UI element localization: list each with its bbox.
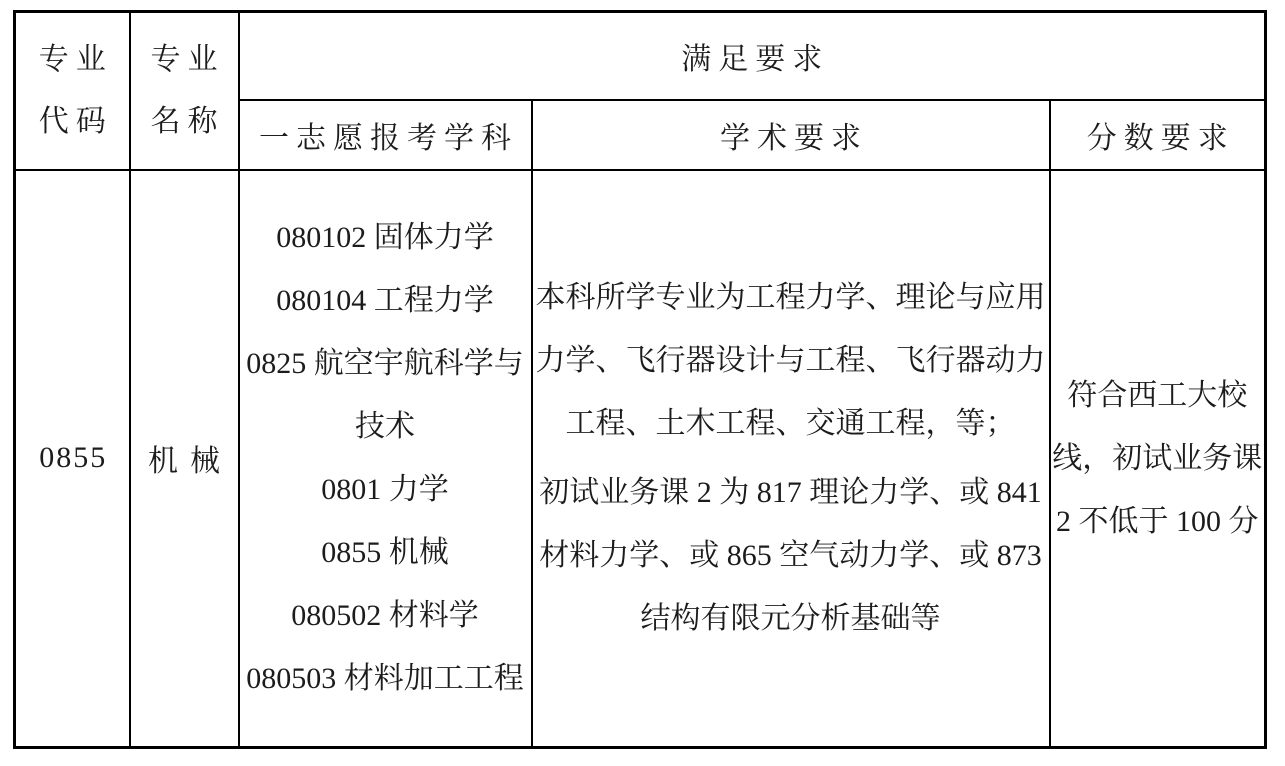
- col-header-first-choice-discipline: 一志愿报考学科: [239, 100, 532, 170]
- cell-first-choice-disciplines: 080102 固体力学 080104 工程力学 0825 航空宇航科学与技术 0…: [239, 170, 532, 748]
- col-header-first-choice-label: 一志愿报考学科: [259, 122, 518, 155]
- discipline-item: 080102 固体力学: [240, 206, 531, 269]
- cell-academic-requirement: 本科所学专业为工程力学、理论与应用力学、飞行器设计与工程、飞行器动力工程、土木工…: [532, 170, 1050, 748]
- col-header-score-requirement: 分数要求: [1050, 100, 1266, 170]
- discipline-item: 0825 航空宇航科学与技术: [240, 332, 531, 458]
- col-header-major-code-line1: 专业: [16, 29, 129, 91]
- score-requirement-text: 符合西工大校线，初试业务课 2 不低于 100 分: [1052, 379, 1262, 538]
- col-header-major-name-line2: 名称: [131, 91, 238, 153]
- col-header-score-label: 分数要求: [1087, 122, 1235, 155]
- cell-score-requirement: 符合西工大校线，初试业务课 2 不低于 100 分: [1050, 170, 1266, 748]
- academic-requirement-paragraph: 本科所学专业为工程力学、理论与应用力学、飞行器设计与工程、飞行器动力工程、土木工…: [533, 266, 1049, 455]
- discipline-item: 0855 机械: [240, 521, 531, 584]
- col-header-academic-label: 学术要求: [720, 122, 868, 155]
- col-header-major-name: 专业 名称: [130, 12, 239, 170]
- cell-major-name: 机械: [130, 170, 239, 748]
- document-page: 专业 代码 专业 名称 满足要求 一志愿报考学科 学术要求: [0, 0, 1285, 766]
- academic-requirement-paragraph: 初试业务课 2 为 817 理论力学、或 841 材料力学、或 865 空气动力…: [533, 461, 1049, 650]
- col-header-requirements: 满足要求: [239, 12, 1266, 100]
- cell-major-code: 0855: [15, 170, 130, 748]
- col-header-major-code-line2: 代码: [16, 91, 129, 153]
- col-header-major-code: 专业 代码: [15, 12, 130, 170]
- col-header-major-name-line1: 专业: [131, 29, 238, 91]
- col-header-academic-requirement: 学术要求: [532, 100, 1050, 170]
- discipline-item: 0801 力学: [240, 458, 531, 521]
- discipline-item: 080503 材料加工工程: [240, 647, 531, 710]
- discipline-item: 080502 材料学: [240, 584, 531, 647]
- admission-requirements-table: 专业 代码 专业 名称 满足要求 一志愿报考学科 学术要求: [13, 10, 1267, 749]
- discipline-item: 080104 工程力学: [240, 269, 531, 332]
- col-header-requirements-label: 满足要求: [681, 43, 829, 76]
